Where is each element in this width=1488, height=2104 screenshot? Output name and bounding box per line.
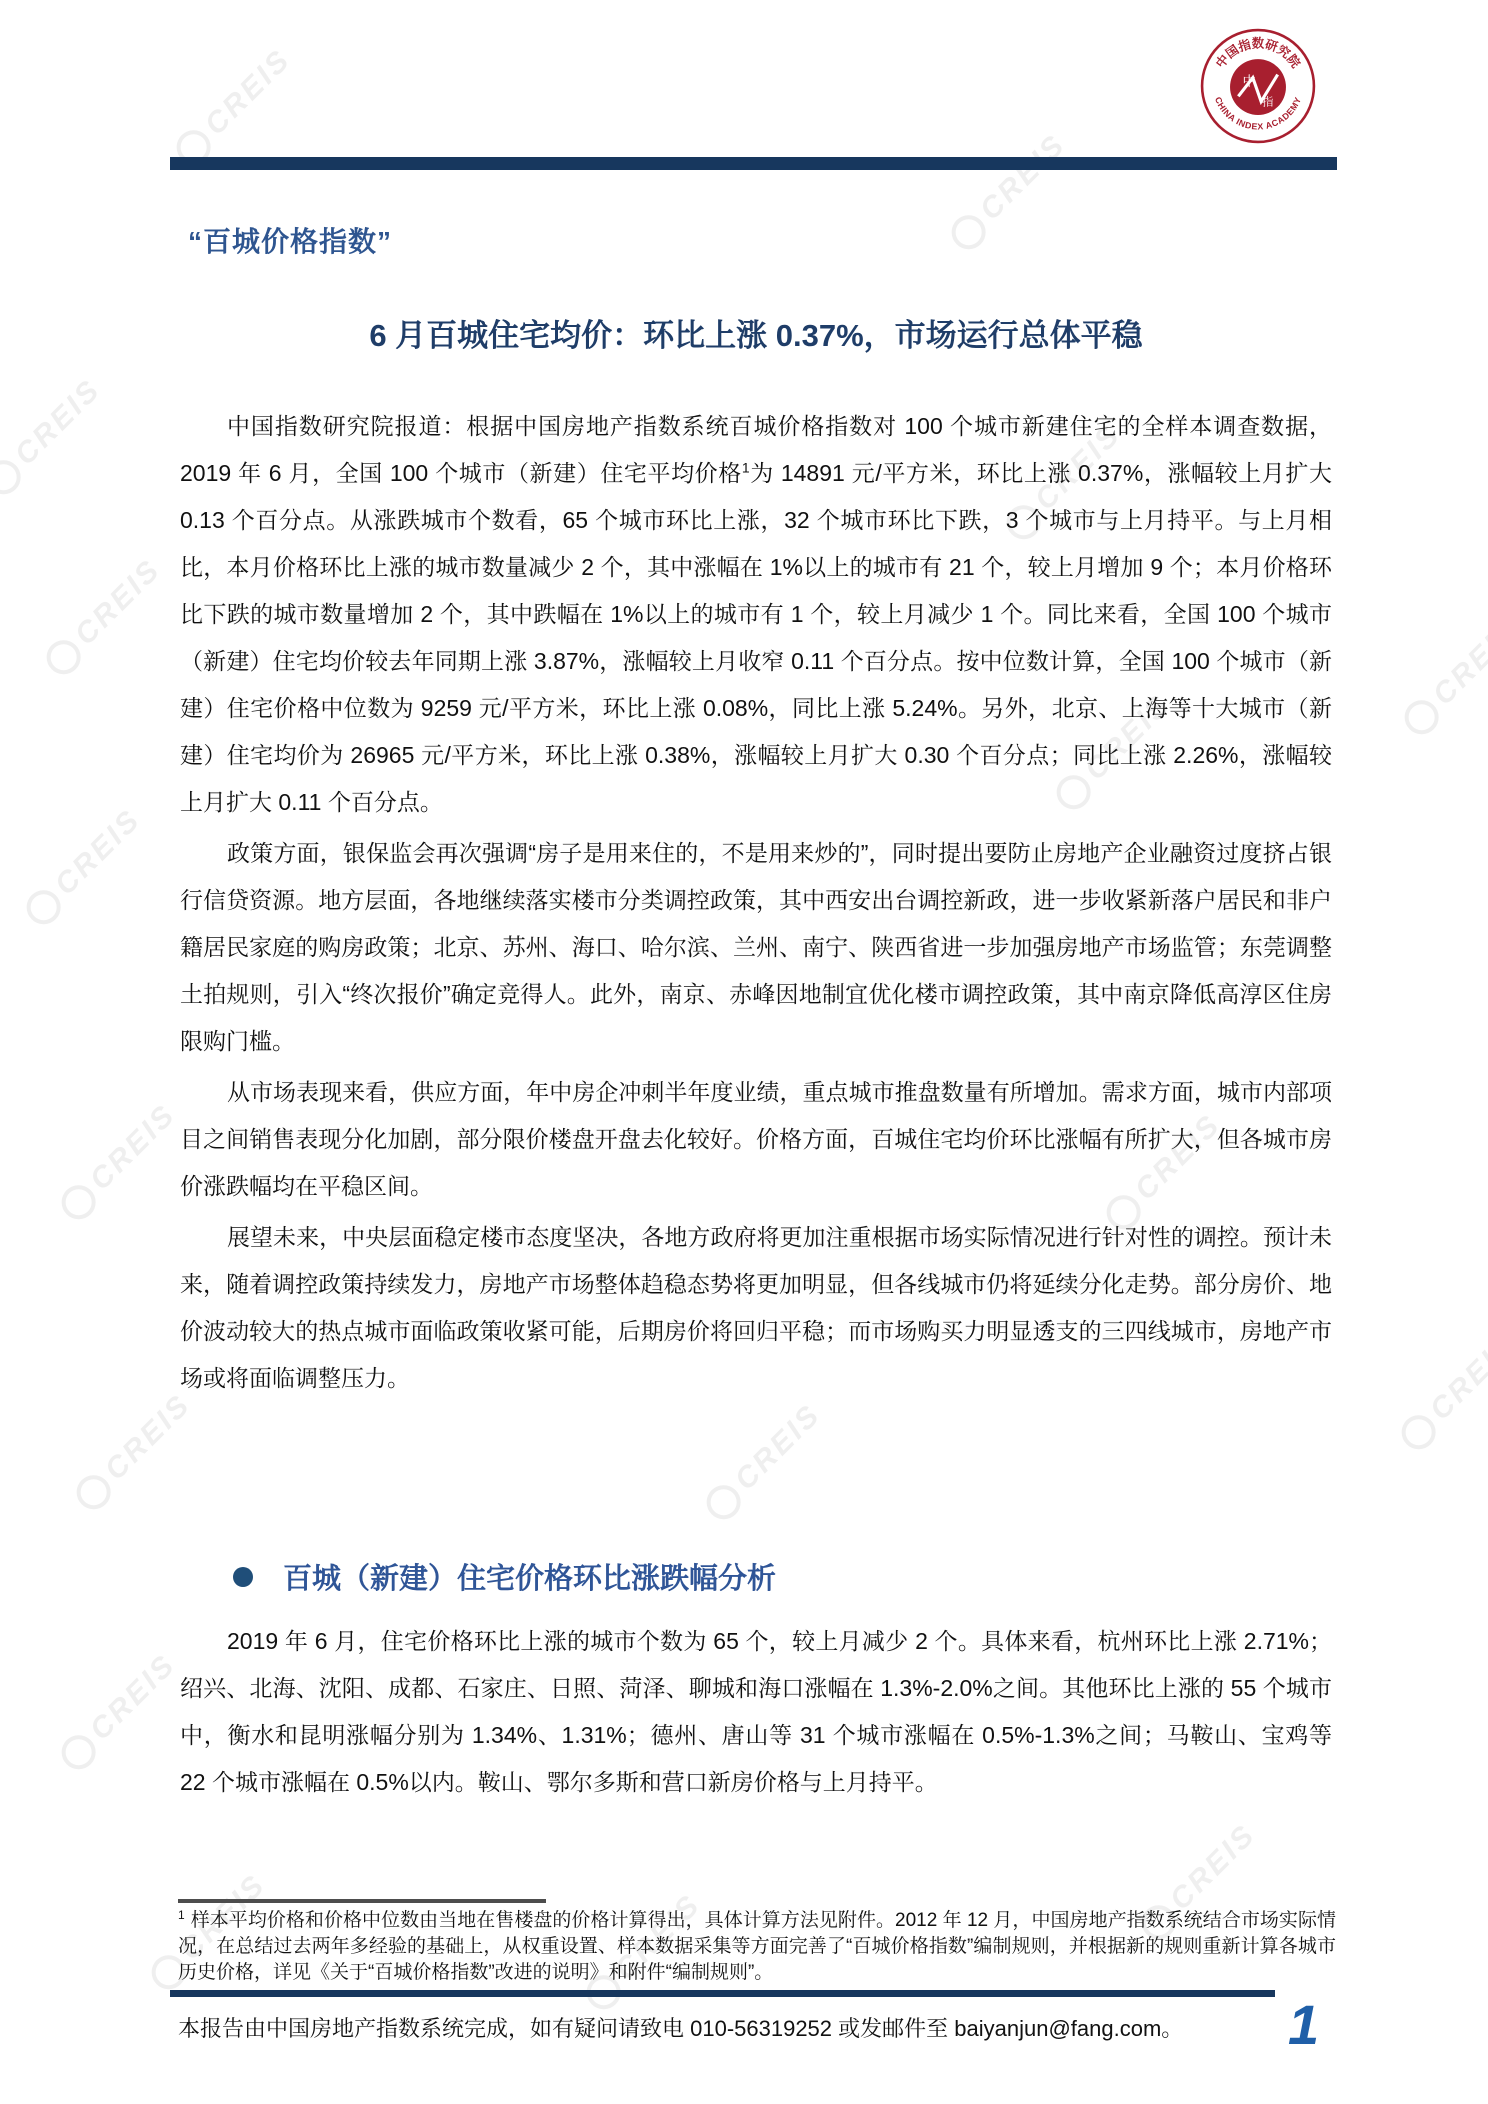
creis-watermark-circle-icon <box>20 883 68 931</box>
creis-watermark-circle-icon <box>40 633 88 681</box>
creis-watermark-text: CREIS <box>974 128 1073 227</box>
footnote-reference-1: 1 <box>742 459 750 475</box>
logo-center-char-2: 指 <box>1262 95 1273 109</box>
creis-watermark-circle-icon <box>700 1478 748 1526</box>
creis-watermark: CREIS <box>170 43 298 171</box>
creis-watermark: CREIS <box>55 1098 183 1226</box>
report-body: 中国指数研究院报道：根据中国房地产指数系统百城价格指数对 100 个城市新建住宅… <box>180 403 1332 1406</box>
logo-center-char-1: 中 <box>1242 73 1255 89</box>
china-index-academy-logo-icon: 中国指数研究院 CHINA INDEX ACADEMY 中 指 <box>1200 28 1316 144</box>
header-rule <box>170 157 1337 170</box>
creis-watermark-text: CREIS <box>9 373 108 472</box>
body-paragraph-5: 2019 年 6 月，住宅价格环比上涨的城市个数为 65 个，较上月减少 2 个… <box>180 1618 1332 1806</box>
footer-rule <box>170 1990 1275 1997</box>
creis-watermark-circle-icon <box>945 208 993 256</box>
body-paragraph-2: 政策方面，银保监会再次强调“房子是用来住的，不是用来炒的”，同时提出要防止房地产… <box>180 830 1332 1065</box>
body-paragraph-3: 从市场表现来看，供应方面，年中房企冲刺半年度业绩，重点城市推盘数量有所增加。需求… <box>180 1069 1332 1210</box>
report-headline: 6 月百城住宅均价：环比上涨 0.37%，市场运行总体平稳 <box>180 310 1332 355</box>
creis-watermark-text: CREIS <box>199 43 298 142</box>
creis-watermark-text: CREIS <box>49 803 148 902</box>
creis-watermark-text: CREIS <box>84 1098 183 1197</box>
section-body: 2019 年 6 月，住宅价格环比上涨的城市个数为 65 个，较上月减少 2 个… <box>180 1618 1332 1806</box>
footnote: 1样本平均价格和价格中位数由当地在售楼盘的价格计算得出，具体计算方法见附件。20… <box>178 1908 1336 1986</box>
creis-watermark: CREIS <box>700 1398 828 1526</box>
creis-watermark-circle-icon <box>0 453 28 501</box>
creis-watermark: CREIS <box>20 803 148 931</box>
creis-watermark-text: CREIS <box>1427 613 1488 712</box>
creis-watermark: CREIS <box>70 1388 198 1516</box>
footnote-text: 样本平均价格和价格中位数由当地在售楼盘的价格计算得出，具体计算方法见附件。201… <box>178 1910 1336 1983</box>
creis-watermark-text: CREIS <box>1424 1328 1488 1427</box>
p1-text-after-footnote-ref: 为 14891 元/平方米，环比上涨 0.37%，涨幅较上月扩大 0.13 个百… <box>180 460 1332 815</box>
creis-watermark-circle-icon <box>55 1728 103 1776</box>
footnote-marker: 1 <box>178 1908 185 1922</box>
creis-watermark: CREIS <box>1395 1328 1488 1456</box>
bullet-dot-icon <box>233 1567 253 1587</box>
creis-watermark: CREIS <box>40 553 168 681</box>
creis-watermark-circle-icon <box>70 1468 118 1516</box>
creis-watermark: CREIS <box>55 1648 183 1776</box>
creis-watermark: CREIS <box>0 373 108 501</box>
creis-watermark-text: CREIS <box>1164 1818 1263 1917</box>
body-paragraph-1: 中国指数研究院报道：根据中国房地产指数系统百城价格指数对 100 个城市新建住宅… <box>180 403 1332 826</box>
doc-series-title: “百城价格指数” <box>188 220 392 260</box>
footer-contact-text: 本报告由中国房地产指数系统完成，如有疑问请致电 010-56319252 或发邮… <box>178 2012 1278 2043</box>
section-heading-label: 百城（新建）住宅价格环比涨跌幅分析 <box>283 1556 776 1597</box>
creis-watermark-text: CREIS <box>69 553 168 652</box>
report-page: CREISCREISCREISCREISCREISCREISCREISCREIS… <box>0 0 1488 2104</box>
creis-watermark: CREIS <box>1398 613 1488 741</box>
creis-watermark-text: CREIS <box>729 1398 828 1497</box>
page-number: 1 <box>1288 1992 1319 2057</box>
creis-watermark-circle-icon <box>1395 1408 1443 1456</box>
logo-center-disc <box>1230 59 1286 115</box>
creis-watermark-text: CREIS <box>84 1648 183 1747</box>
footnote-separator <box>178 1899 546 1903</box>
section-heading: 百城（新建）住宅价格环比涨跌幅分析 <box>233 1556 776 1597</box>
body-paragraph-4: 展望未来，中央层面稳定楼市态度坚决，各地方政府将更加注重根据市场实际情况进行针对… <box>180 1214 1332 1402</box>
creis-watermark: CREIS <box>945 128 1073 256</box>
creis-watermark-circle-icon <box>55 1178 103 1226</box>
creis-watermark-circle-icon <box>1398 693 1446 741</box>
